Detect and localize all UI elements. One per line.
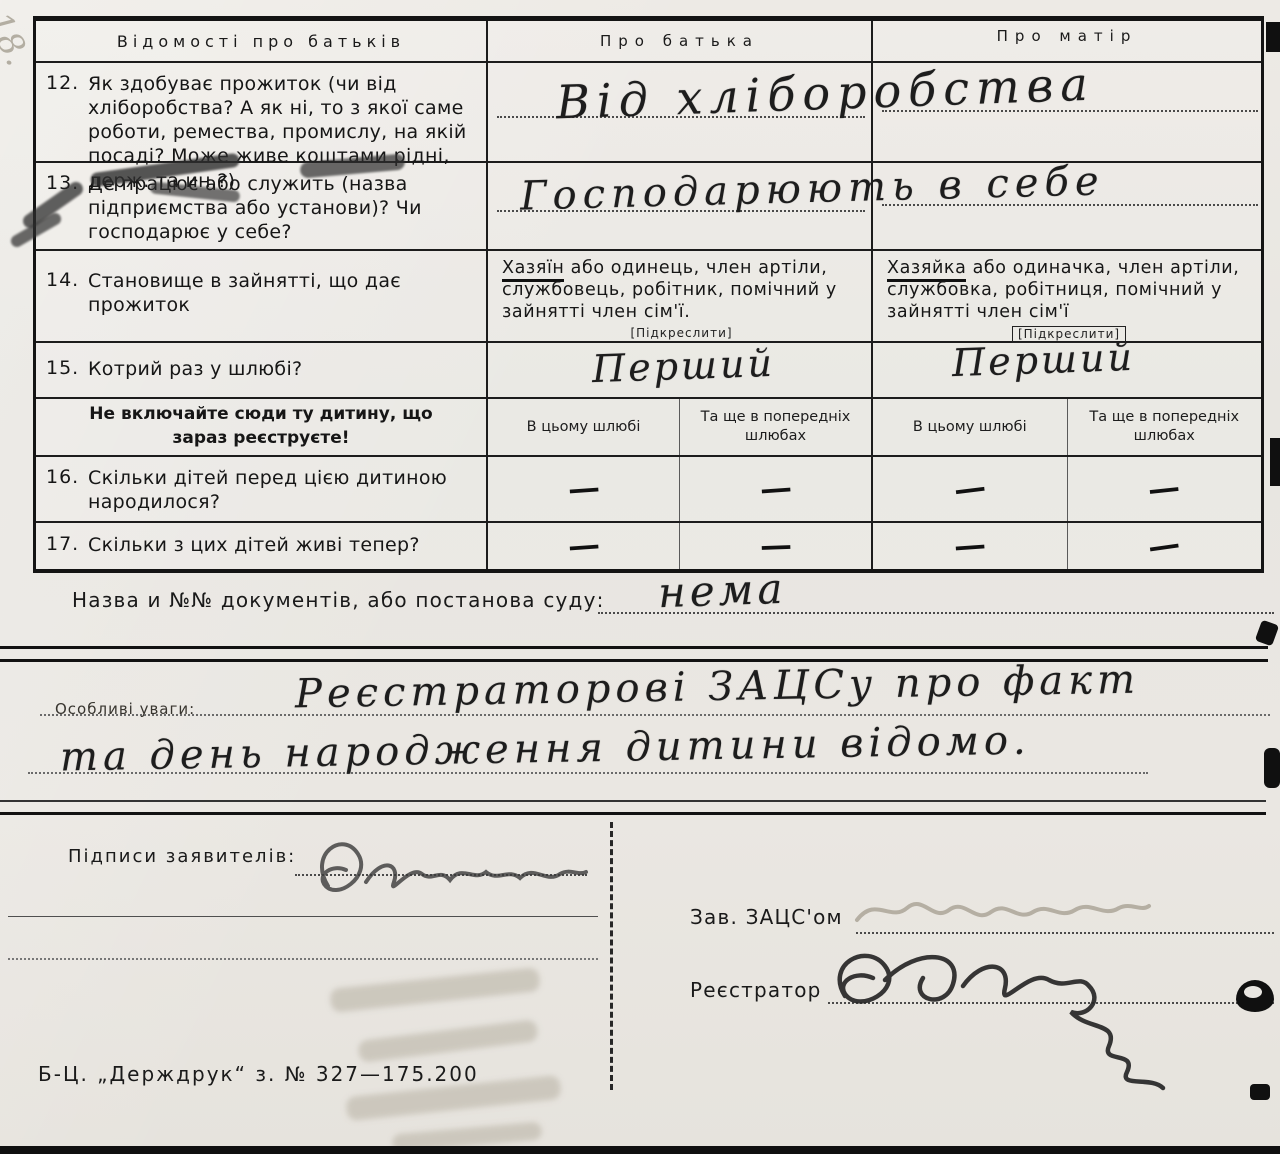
scan-artifact: [1266, 22, 1280, 52]
question-12-number: 12.: [46, 72, 88, 161]
scan-bottom-edge: [0, 1146, 1280, 1154]
documents-handwriting: нема: [657, 564, 787, 617]
question-14-cell: 14. Становище в зайнятті, що дає прожито…: [36, 251, 488, 341]
zags-head-signature: [845, 886, 1155, 936]
question-16-label: Скільки дітей перед цією дитиною народил…: [88, 466, 478, 521]
answer-16-mother-cells: — —: [873, 457, 1261, 521]
answer-17-value: —: [680, 523, 871, 569]
answer-16-value: —: [873, 457, 1068, 521]
children-note: Не включайте сюди ту дитину, що зараз ре…: [36, 399, 488, 455]
scan-artifact: [1264, 748, 1280, 788]
registrar-signature: [815, 938, 1215, 1103]
answer-16-value: —: [488, 457, 680, 521]
father-occupation-underlined-term: Хазяїн: [502, 258, 564, 282]
question-13-label: Де працює або служить (назва підприємств…: [88, 172, 478, 249]
answer-17-value: —: [488, 523, 680, 569]
question-17-label: Скільки з цих дітей живі тепер?: [88, 533, 478, 569]
question-15-cell: 15. Котрий раз у шлюбі?: [36, 343, 488, 397]
answer-17-value: —: [1068, 523, 1262, 569]
horizontal-rule: [0, 646, 1268, 649]
underline-instruction-father: [Підкреслити]: [502, 326, 861, 341]
father-this-marriage-header: В цьому шлюбі: [488, 399, 680, 455]
answer-16-value: —: [1068, 457, 1262, 521]
answer-16-value: —: [680, 457, 871, 521]
father-previous-marriages-header: Та ще в попередніх шлюбах: [680, 399, 871, 455]
mother-previous-marriages-header: Та ще в попередніх шлюбах: [1068, 399, 1262, 455]
remarks-handwriting-line1: Реєстраторові ЗАЦСу про факт: [295, 657, 1141, 718]
applicant-signature: [288, 824, 598, 919]
answer-16-father-cells: — —: [488, 457, 873, 521]
zags-head-label: Зав. ЗАЦС'ом: [690, 905, 843, 929]
horizontal-rule: [0, 812, 1266, 815]
question-16-row: 16. Скільки дітей перед цією дитиною нар…: [36, 457, 1261, 523]
applicants-signatures-label: Підписи заявителів:: [68, 846, 296, 867]
question-16-number: 16.: [46, 466, 88, 521]
bleed-through-smudge: [357, 1019, 538, 1063]
question-15-label: Котрий раз у шлюбі?: [88, 357, 478, 397]
print-shop-imprint: Б-Ц. „Держдрук“ з. № 327—175.200: [38, 1062, 479, 1086]
mother-marriage-subcolumns: В цьому шлюбі Та ще в попередніх шлюбах: [873, 399, 1261, 455]
answer-15-father-handwriting: Перший: [591, 341, 775, 391]
registrar-label: Реєстратор: [690, 978, 822, 1002]
question-15-number: 15.: [46, 357, 88, 397]
header-parents-info: Відомості про батьків: [36, 21, 488, 61]
question-12-cell: 12. Як здобуває прожиток (чи від хліборо…: [36, 63, 488, 161]
question-17-number: 17.: [46, 533, 88, 569]
mother-occupation-options: Хазяйка або одиначка, член артіли, служб…: [873, 251, 1261, 341]
question-17-cell: 17. Скільки з цих дітей живі тепер?: [36, 523, 488, 569]
father-marriage-subcolumns: В цьому шлюбі Та ще в попередніх шлюбах: [488, 399, 873, 455]
answer-17-value: —: [873, 523, 1068, 569]
father-occupation-options: Хазяїн або одинець, член артіли, службов…: [488, 251, 873, 341]
question-17-row: 17. Скільки з цих дітей живі тепер? — — …: [36, 523, 1261, 569]
children-note-row: Не включайте сюди ту дитину, що зараз ре…: [36, 399, 1261, 457]
signature-line: [8, 958, 598, 960]
question-12-label: Як здобуває прожиток (чи від хліборобств…: [88, 72, 478, 161]
header-about-mother: Про матір: [873, 21, 1261, 61]
documents-label: Назва и №№ документів, або постанова суд…: [72, 588, 605, 612]
question-14-number: 14.: [46, 269, 88, 341]
question-16-cell: 16. Скільки дітей перед цією дитиною нар…: [36, 457, 488, 521]
answer-17-father-cells: — —: [488, 523, 873, 569]
question-14-row: 14. Становище в зайнятті, що дає прожито…: [36, 251, 1261, 343]
answer-17-mother-cells: — —: [873, 523, 1261, 569]
scan-artifact: [1255, 620, 1279, 647]
section-divider-dashed: [610, 822, 613, 1090]
question-14-label: Становище в зайнятті, що дає прожиток: [88, 269, 478, 341]
remarks-line-1: [40, 714, 1270, 716]
mother-occupation-underlined-term: Хазяйка: [887, 258, 966, 282]
header-about-father: Про батька: [488, 21, 873, 61]
horizontal-rule: [0, 800, 1266, 802]
scan-artifact: [1270, 438, 1280, 486]
answer-15-mother-handwriting: Перший: [951, 335, 1135, 385]
ink-blot-highlight: [1244, 986, 1262, 998]
bleed-through-smudge: [329, 967, 540, 1013]
mother-this-marriage-header: В цьому шлюбі: [873, 399, 1068, 455]
scan-artifact: [1250, 1084, 1270, 1100]
scanned-birth-record-form: 18. Відомості про батьків Про батька Про…: [0, 0, 1280, 1154]
